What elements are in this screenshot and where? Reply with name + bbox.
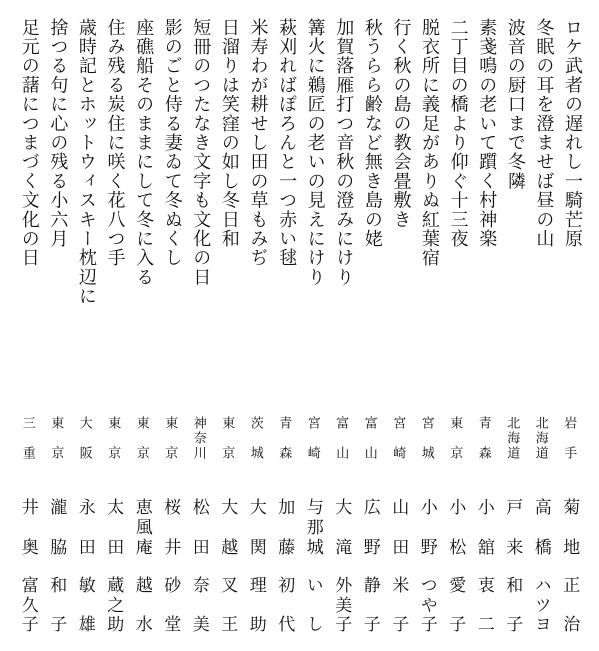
author-family-name: 菊地 [555, 498, 584, 555]
author-family-name: 広野 [355, 498, 384, 555]
author-given-name: 正治 [555, 576, 584, 632]
character: 北 [505, 416, 518, 429]
author-given-name: 愛子 [441, 576, 470, 632]
haiku-page: ロケ武者の遅れし一騎芒原 冬眠の耳を澄ませば昼の山 波音の厨口まで冬隣 素戔鳴の… [0, 0, 599, 651]
character: 宮 [391, 416, 404, 429]
author-family-name: 桜井 [156, 498, 185, 555]
author-family-name: 小松 [441, 498, 470, 555]
author-name: 恵風庵 越水 [127, 498, 156, 634]
character: 脇 [47, 538, 64, 555]
author-family-name: 松田 [184, 498, 213, 555]
character: ハ [532, 576, 549, 593]
character: 王 [218, 615, 235, 632]
character: 富 [334, 416, 347, 429]
prefecture-label: 東京 [441, 416, 470, 459]
character: 海 [505, 431, 518, 444]
character: 野 [361, 538, 378, 555]
haiku-column: 加賀落雁打つ音秋の澄みにけり [329, 18, 358, 318]
prefecture-label: 青森 [469, 416, 498, 459]
character: 子 [418, 615, 435, 632]
character: 太 [104, 498, 121, 515]
prefecture-label: 東京 [42, 416, 71, 459]
character: 崎 [391, 446, 404, 459]
haiku-column: 座礁船そのままにして冬に入る [129, 18, 158, 318]
character: 桜 [161, 498, 178, 515]
haiku-column: 萩刈ればぽろんと一つ赤い毬 [271, 18, 300, 318]
character: つ [418, 576, 435, 593]
character: 井 [161, 538, 178, 555]
author-name: 菊地 正治 [555, 498, 584, 634]
author-given-name: 外美子 [327, 576, 356, 632]
haiku-column: 住み残る炭住に咲く花八つ手 [100, 18, 129, 318]
character: 田 [190, 538, 207, 555]
haiku-column: 足元の藷につまづく文化の日 [14, 18, 43, 318]
character: 越 [133, 576, 150, 593]
author-given-name: 富久子 [13, 576, 42, 632]
author-given-name: 静子 [355, 576, 384, 632]
author-family-name: 瀧脇 [42, 498, 71, 555]
author-given-name: 叉王 [213, 576, 242, 632]
character: 森 [277, 446, 290, 459]
character: 東 [448, 416, 461, 429]
character: 加 [275, 498, 292, 515]
character: 子 [389, 615, 406, 632]
author-given-name: 奈美 [184, 576, 213, 632]
prefecture-label: 青森 [270, 416, 299, 459]
character: 雄 [76, 615, 93, 632]
author-family-name: 井奥 [13, 498, 42, 555]
author-name: 与那城 いし [298, 498, 327, 634]
character: 米 [389, 576, 406, 593]
author-family-name: 戸来 [498, 498, 527, 555]
author-name: 山田 米子 [384, 498, 413, 634]
author-family-name: 加藤 [270, 498, 299, 555]
character: 瀧 [47, 498, 64, 515]
character: ヨ [532, 615, 549, 632]
author-name: 桜井 砂堂 [156, 498, 185, 634]
character: 子 [446, 615, 463, 632]
haiku-column: 歳時記とホットウィスキー枕辺に [71, 18, 100, 318]
character: 治 [560, 615, 577, 632]
author-family-name: 大滝 [327, 498, 356, 555]
character: 子 [361, 615, 378, 632]
haiku-column: 脱衣所に義足がありぬ紅葉宿 [414, 18, 443, 318]
character: 那 [304, 518, 321, 535]
haiku-column: ロケ武者の遅れし一騎芒原 [557, 18, 586, 318]
character: 大 [332, 498, 349, 515]
prefecture-label: 宮崎 [384, 416, 413, 459]
author-family-name: 小舘 [469, 498, 498, 555]
character: 山 [363, 446, 376, 459]
character: 山 [389, 498, 406, 515]
author-family-name: 大関 [241, 498, 270, 555]
haiku-list: ロケ武者の遅れし一騎芒原 冬眠の耳を澄ませば昼の山 波音の厨口まで冬隣 素戔鳴の… [14, 18, 586, 318]
haiku-column: 秋うらら齢など無き島の姥 [357, 18, 386, 318]
character: 恵 [133, 498, 150, 515]
character: 奈 [190, 576, 207, 593]
character: 三 [21, 416, 34, 429]
character: 道 [505, 446, 518, 459]
haiku-column: 影のごと侍る妻ゐて冬ぬくし [157, 18, 186, 318]
author-given-name: 和子 [42, 576, 71, 632]
character: 野 [418, 538, 435, 555]
character: 外 [332, 576, 349, 593]
character: や [418, 596, 435, 613]
author-name: 大越 叉王 [213, 498, 242, 634]
prefecture-label: 三重 [13, 416, 42, 459]
character: 重 [21, 446, 34, 459]
character: し [304, 615, 321, 632]
character: 子 [332, 615, 349, 632]
author-name: 小野 つや子 [412, 498, 441, 634]
character: 戸 [503, 498, 520, 515]
haiku-column: 短冊のつたなき文字も文化の日 [186, 18, 215, 318]
prefecture-label: 東京 [99, 416, 128, 459]
character: 理 [247, 576, 264, 593]
character: 城 [249, 446, 262, 459]
character: 愛 [446, 576, 463, 593]
author-name: 広野 静子 [355, 498, 384, 634]
character: 叉 [218, 576, 235, 593]
character: 子 [19, 615, 36, 632]
prefecture-label: 神奈川 [184, 416, 213, 459]
character: 東 [135, 416, 148, 429]
character: 砂 [161, 576, 178, 593]
character: 宮 [420, 416, 433, 429]
character: 初 [275, 576, 292, 593]
prefecture-label: 東京 [156, 416, 185, 459]
author-family-name: 与那城 [298, 498, 327, 555]
haiku-column: 捨つる句に心の残る小六月 [43, 18, 72, 318]
character: 北 [534, 416, 547, 429]
character: 静 [361, 576, 378, 593]
character: 大 [218, 498, 235, 515]
author-given-name: 初代 [270, 576, 299, 632]
prefecture-label: 北海道 [498, 416, 527, 459]
author-name: 永田 敏雄 [70, 498, 99, 634]
character: 風 [133, 518, 150, 535]
character: 和 [503, 576, 520, 593]
haiku-column: 素戔鳴の老いて躓く村神楽 [472, 18, 501, 318]
character: 神 [192, 416, 205, 429]
prefecture-row: 岩手 北海道 北海道 青森 東京 宮城 宮崎 富山 富山 宮崎 青森 茨城 東京… [13, 416, 583, 459]
author-family-name: 小野 [412, 498, 441, 555]
character: 助 [247, 615, 264, 632]
prefecture-label: 宮城 [412, 416, 441, 459]
author-name: 井奥 富久子 [13, 498, 42, 634]
character: 越 [218, 538, 235, 555]
character: 富 [363, 416, 376, 429]
author-family-name: 大越 [213, 498, 242, 555]
character: 岩 [562, 416, 575, 429]
character: 美 [332, 596, 349, 613]
character: 美 [190, 615, 207, 632]
author-name: 加藤 初代 [270, 498, 299, 634]
character: 奥 [19, 538, 36, 555]
character: 堂 [161, 615, 178, 632]
author-given-name: いし [298, 576, 327, 632]
character: 川 [192, 446, 205, 459]
character: 地 [560, 538, 577, 555]
character: 海 [534, 431, 547, 444]
author-name: 瀧脇 和子 [42, 498, 71, 634]
author-name: 戸来 和子 [498, 498, 527, 634]
author-family-name: 高橋 [526, 498, 555, 555]
character: 京 [163, 446, 176, 459]
character: ツ [532, 596, 549, 613]
prefecture-label: 大阪 [70, 416, 99, 459]
character: 二 [475, 615, 492, 632]
character: 助 [104, 615, 121, 632]
character: 松 [190, 498, 207, 515]
author-given-name: 米子 [384, 576, 413, 632]
character: い [304, 576, 321, 593]
character: 京 [220, 446, 233, 459]
character: 子 [503, 615, 520, 632]
character: 京 [106, 446, 119, 459]
character: 東 [106, 416, 119, 429]
author-given-name: 理助 [241, 576, 270, 632]
character: 水 [133, 615, 150, 632]
character: 東 [220, 416, 233, 429]
character: 正 [560, 576, 577, 593]
character: 子 [47, 615, 64, 632]
author-given-name: つや子 [412, 576, 441, 632]
prefecture-label: 富山 [327, 416, 356, 459]
character: 田 [389, 538, 406, 555]
author-family-name: 恵風庵 [127, 498, 156, 555]
character: 代 [275, 615, 292, 632]
character: 田 [76, 538, 93, 555]
character: 舘 [475, 538, 492, 555]
character: 小 [418, 498, 435, 515]
prefecture-label: 富山 [355, 416, 384, 459]
author-given-name: 衷二 [469, 576, 498, 632]
character: 京 [135, 446, 148, 459]
character: 関 [247, 538, 264, 555]
character: 京 [49, 446, 62, 459]
character: 青 [277, 416, 290, 429]
character: 広 [361, 498, 378, 515]
author-name: 松田 奈美 [184, 498, 213, 634]
author-row: 菊地 正治 高橋 ハツヨ 戸来 和子 小舘 衷二 小松 愛子 小野 つや子 山田… [13, 498, 583, 634]
character: 大 [78, 416, 91, 429]
author-name: 大関 理助 [241, 498, 270, 634]
character: 高 [532, 498, 549, 515]
character: 田 [104, 538, 121, 555]
prefecture-label: 岩手 [555, 416, 584, 459]
prefecture-label: 東京 [213, 416, 242, 459]
character: 手 [562, 446, 575, 459]
character: 永 [76, 498, 93, 515]
character: 道 [534, 446, 547, 459]
character: 奈 [192, 431, 205, 444]
author-family-name: 太田 [99, 498, 128, 555]
author-given-name: 越水 [127, 576, 156, 632]
character: 山 [334, 446, 347, 459]
character: 久 [19, 596, 36, 613]
author-name: 小舘 衷二 [469, 498, 498, 634]
character: 森 [477, 446, 490, 459]
character: 橋 [532, 538, 549, 555]
haiku-column: 行く秋の島の教会畳敷き [386, 18, 415, 318]
character: 庵 [133, 538, 150, 555]
prefecture-label: 東京 [127, 416, 156, 459]
author-name: 太田 蔵之助 [99, 498, 128, 634]
author-family-name: 山田 [384, 498, 413, 555]
author-given-name: 蔵之助 [99, 576, 128, 632]
character: 滝 [332, 538, 349, 555]
character: 城 [304, 538, 321, 555]
character: 松 [446, 538, 463, 555]
author-given-name: ハツヨ [526, 576, 555, 632]
author-family-name: 永田 [70, 498, 99, 555]
character: 井 [19, 498, 36, 515]
prefecture-label: 北海道 [526, 416, 555, 459]
character: 菊 [560, 498, 577, 515]
character: 宮 [306, 416, 319, 429]
character: 茨 [249, 416, 262, 429]
haiku-column: 日溜りは笑窪の如し冬日和 [214, 18, 243, 318]
character: 阪 [78, 446, 91, 459]
author-given-name: 和子 [498, 576, 527, 632]
haiku-column: 二丁目の橋より仰ぐ十三夜 [443, 18, 472, 318]
character: 城 [420, 446, 433, 459]
character: 来 [503, 538, 520, 555]
character: 小 [475, 498, 492, 515]
author-given-name: 砂堂 [156, 576, 185, 632]
character: 崎 [306, 446, 319, 459]
character: 和 [47, 576, 64, 593]
character: 京 [448, 446, 461, 459]
character: 東 [49, 416, 62, 429]
character: 之 [104, 596, 121, 613]
character: 敏 [76, 576, 93, 593]
character: 蔵 [104, 576, 121, 593]
character: 青 [477, 416, 490, 429]
character: 小 [446, 498, 463, 515]
haiku-column: 篝火に鵜匠の老いの見えにけり [300, 18, 329, 318]
haiku-column: 冬眠の耳を澄ませば昼の山 [529, 18, 558, 318]
character: 与 [304, 498, 321, 515]
character: 藤 [275, 538, 292, 555]
author-given-name: 敏雄 [70, 576, 99, 632]
author-name: 小松 愛子 [441, 498, 470, 634]
character: 富 [19, 576, 36, 593]
haiku-column: 米寿わが耕せし田の草もみぢ [243, 18, 272, 318]
prefecture-label: 茨城 [241, 416, 270, 459]
prefecture-label: 宮崎 [298, 416, 327, 459]
character: 衷 [475, 576, 492, 593]
haiku-column: 波音の厨口まで冬隣 [500, 18, 529, 318]
author-name: 大滝 外美子 [327, 498, 356, 634]
character: 東 [163, 416, 176, 429]
author-name: 高橋 ハツヨ [526, 498, 555, 634]
character: 大 [247, 498, 264, 515]
